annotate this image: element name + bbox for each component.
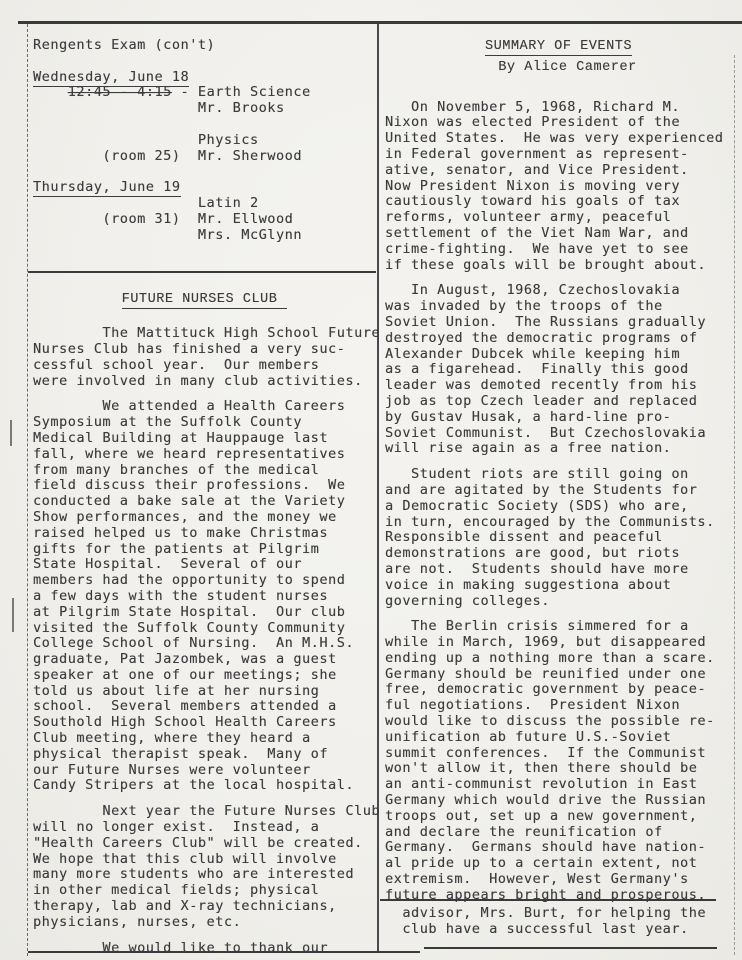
exam-room25-sherwood: (room 25) Mr. Sherwood	[33, 148, 302, 164]
byline: By Alice Camerer	[498, 60, 636, 75]
left-edge-dashed-line	[27, 24, 28, 956]
exam-subject-earth-science: - Earth Science	[172, 84, 311, 100]
exam-room31-ellwood: (room 31) Mr. Ellwood	[33, 211, 293, 227]
exam-time-range: 12:45 - 4:15	[68, 84, 172, 100]
summary-paragraph-berlin: The Berlin crisis simmered for a while i…	[385, 619, 732, 903]
club-paragraph-3: Next year the Future Nurses Club will no…	[33, 804, 376, 930]
club-paragraph-2: We attended a Health Careers Symposium a…	[33, 399, 376, 794]
exam-subject-physics: Physics	[33, 132, 259, 148]
exam-subject-latin: Latin 2	[33, 195, 259, 211]
exam-title: Rengents Exam (con't)	[33, 37, 215, 53]
exam-teacher-mcglynn: Mrs. McGlynn	[33, 227, 302, 243]
article-continuation-box: advisor, Mrs. Burt, for helping the club…	[385, 906, 725, 938]
summary-paragraph-student-riots: Student riots are still going on and are…	[385, 467, 732, 609]
left-column: Rengents Exam (con't) Wednesday, June 18…	[33, 24, 376, 960]
byline-row: By Alice Camerer	[385, 57, 732, 76]
exam-schedule: Rengents Exam (con't) Wednesday, June 18…	[33, 24, 376, 243]
newsletter-page: Rengents Exam (con't) Wednesday, June 18…	[0, 0, 742, 960]
future-nurses-club-heading-row: FUTURE NURSES CLUB	[33, 289, 376, 308]
club-paragraph-4: We would like to thank our	[33, 941, 376, 957]
summary-paragraph-czechoslovakia: In August, 1968, Czechoslovakia was inva…	[385, 283, 732, 457]
summary-heading-row: SUMMARY OF EVENTS	[385, 36, 732, 55]
scan-artifact	[12, 598, 14, 632]
summary-paragraph-nixon: On November 5, 1968, Richard M. Nixon wa…	[385, 100, 732, 274]
right-edge-dashed-line	[734, 55, 735, 955]
advisor-thanks-text: advisor, Mrs. Burt, for helping the club…	[385, 906, 725, 938]
exam-teacher-brooks: Mr. Brooks	[33, 100, 285, 116]
scan-artifact	[10, 420, 12, 446]
bottom-right-rule	[424, 947, 717, 949]
right-column: SUMMARY OF EVENTS By Alice Camerer On No…	[385, 24, 732, 914]
exam-time-indent	[33, 84, 68, 100]
summary-of-events-heading: SUMMARY OF EVENTS	[485, 39, 632, 56]
club-paragraph-1: The Mattituck High School Future Nurses …	[33, 326, 376, 389]
future-nurses-club-heading: FUTURE NURSES CLUB	[122, 292, 288, 309]
